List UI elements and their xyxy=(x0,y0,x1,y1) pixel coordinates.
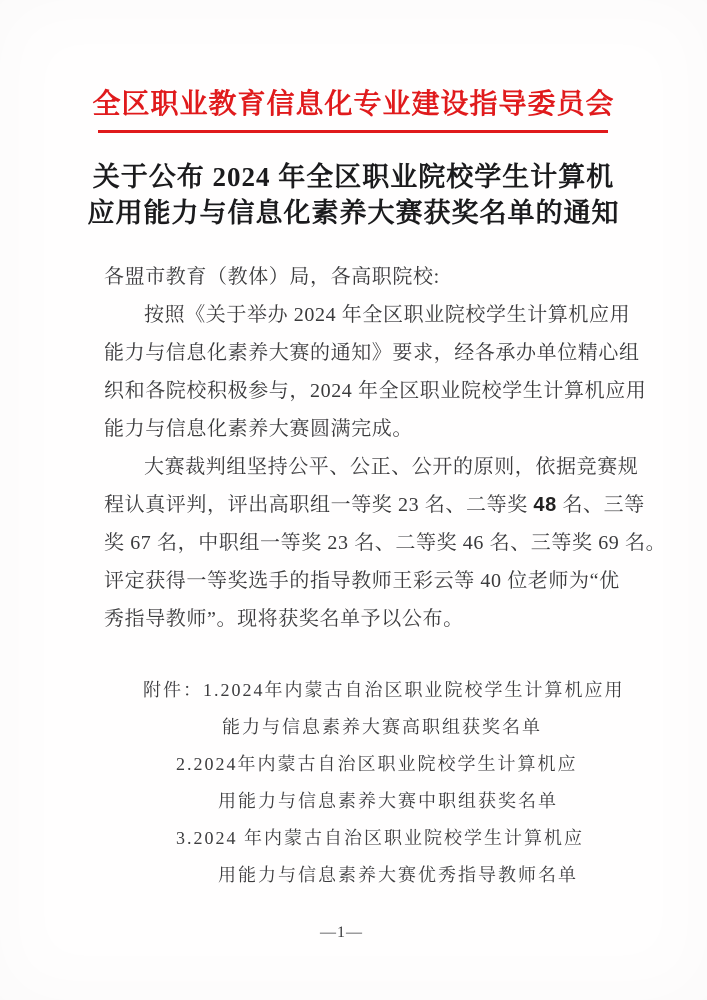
body-line-7: 程认真评判，评出高职组一等奖 23 名、二等奖 48 名、三等 xyxy=(104,486,609,524)
body-line-9: 评定获得一等奖选手的指导教师王彩云等 40 位老师为“优 xyxy=(104,562,609,600)
attachment-1-text: 1.2024年内蒙古自治区职业院校学生计算机应用 xyxy=(203,680,625,700)
highlighted-count-48: 48 xyxy=(533,494,556,516)
body-line-8: 奖 67 名，中职组一等奖 23 名、二等奖 46 名、三等奖 69 名。 xyxy=(104,524,609,562)
attachments-label: 附件： xyxy=(143,680,203,700)
letterhead-divider-line xyxy=(98,130,608,133)
page-number: —1— xyxy=(0,924,695,942)
attachment-item-2-line-1: 2.2024年内蒙古自治区职业院校学生计算机应 xyxy=(0,746,707,783)
body-line-4: 织和各院校积极参与，2024 年全区职业院校学生计算机应用 xyxy=(104,372,609,410)
scanned-notice-page: 全区职业教育信息化专业建设指导委员会 关于公布 2024 年全区职业院校学生计算… xyxy=(0,0,707,1000)
body-line-2: 按照《关于举办 2024 年全区职业院校学生计算机应用 xyxy=(104,296,609,334)
attachment-item-1-line-1: 附件：1.2024年内蒙古自治区职业院校学生计算机应用 xyxy=(0,672,707,709)
body-line-3: 能力与信息化素养大赛的通知》要求，经各承办单位精心组 xyxy=(104,334,609,372)
attachment-item-1-line-2: 能力与信息素养大赛高职组获奖名单 xyxy=(0,709,707,746)
body-line-7-pre: 程认真评判，评出高职组一等奖 23 名、二等奖 xyxy=(104,494,533,516)
body-line-10: 秀指导教师”。现将获奖名单予以公布。 xyxy=(104,600,609,638)
issuing-org-title: 全区职业教育信息化专业建设指导委员会 xyxy=(0,82,707,122)
attachment-item-3-line-2: 用能力与信息素养大赛优秀指导教师名单 xyxy=(0,857,707,894)
attachment-item-2-line-2: 用能力与信息素养大赛中职组获奖名单 xyxy=(0,783,707,820)
salutation-line: 各盟市教育（教体）局，各高职院校: xyxy=(104,258,609,296)
document-title-line1: 关于公布 2024 年全区职业院校学生计算机 xyxy=(0,159,707,195)
attachment-item-3-line-1: 3.2024 年内蒙古自治区职业院校学生计算机应 xyxy=(0,820,707,857)
notice-body: 各盟市教育（教体）局，各高职院校: 按照《关于举办 2024 年全区职业院校学生… xyxy=(104,258,609,638)
body-line-5: 能力与信息化素养大赛圆满完成。 xyxy=(104,410,609,448)
body-line-7-post: 名、三等 xyxy=(557,494,645,516)
document-title-line2: 应用能力与信息化素养大赛获奖名单的通知 xyxy=(0,195,707,231)
document-title: 关于公布 2024 年全区职业院校学生计算机 应用能力与信息化素养大赛获奖名单的… xyxy=(0,159,707,231)
attachments-block: 附件：1.2024年内蒙古自治区职业院校学生计算机应用 能力与信息素养大赛高职组… xyxy=(0,672,707,894)
body-line-6: 大赛裁判组坚持公平、公正、公开的原则，依据竞赛规 xyxy=(104,448,609,486)
